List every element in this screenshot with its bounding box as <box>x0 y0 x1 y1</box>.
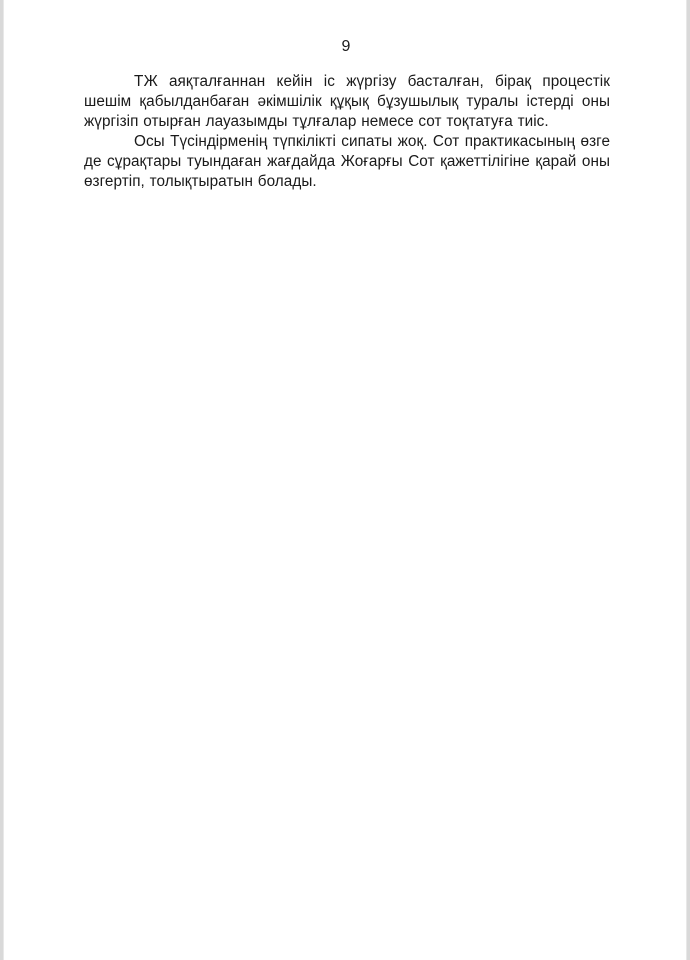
paragraph: ТЖ аяқталғаннан кейін іс жүргізу басталғ… <box>84 72 610 132</box>
page-body: ТЖ аяқталғаннан кейін іс жүргізу басталғ… <box>84 72 610 192</box>
paragraph: Осы Түсіндірменің түпкілікті сипаты жоқ.… <box>84 132 610 192</box>
document-page: 9 ТЖ аяқталғаннан кейін іс жүргізу баста… <box>4 0 686 960</box>
page-number: 9 <box>4 38 686 56</box>
document-viewer: 9 ТЖ аяқталғаннан кейін іс жүргізу баста… <box>0 0 690 960</box>
page-edge-right <box>686 0 690 960</box>
